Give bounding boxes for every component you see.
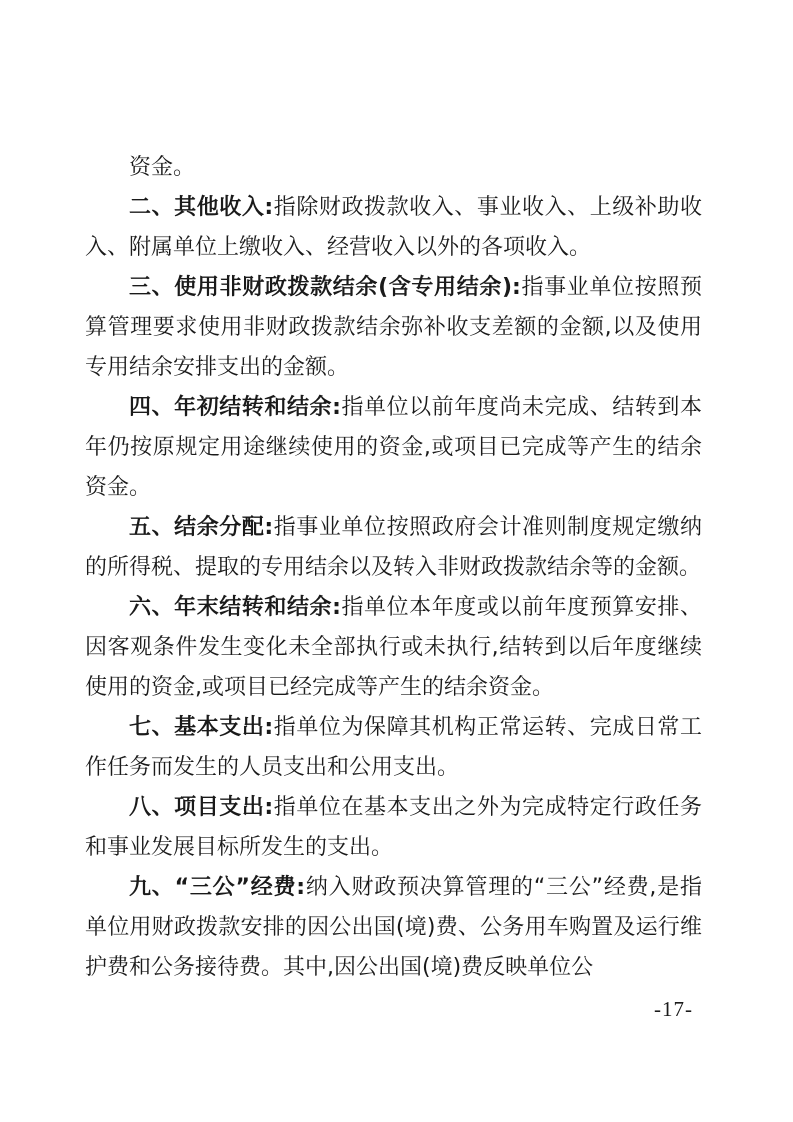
paragraph-term-5-balance-distribution: 五、结余分配:指事业单位按照政府会计准则制度规定缴纳的所得税、提取的专用结余以及… — [85, 508, 702, 588]
paragraph-prev-page-tail: 资金。 — [85, 148, 702, 188]
paragraph-term-7-basic-expenditure: 七、基本支出:指单位为保障其机构正常运转、完成日常工作任务而发生的人员支出和公用… — [85, 708, 702, 788]
term-label: 二、其他收入: — [129, 195, 273, 220]
document-body: 资金。 二、其他收入:指除财政拨款收入、事业收入、上级补助收入、附属单位上缴收入… — [85, 148, 702, 988]
paragraph-term-4-year-begin-carryover: 四、年初结转和结余:指单位以前年度尚未完成、结转到本年仍按原规定用途继续使用的资… — [85, 388, 702, 508]
term-label: 六、年末结转和结余: — [129, 595, 341, 620]
term-label: 五、结余分配: — [129, 515, 273, 540]
paragraph-term-6-year-end-carryover: 六、年末结转和结余:指单位本年度或以前年度预算安排、因客观条件发生变化未全部执行… — [85, 588, 702, 708]
paragraph-term-8-project-expenditure: 八、项目支出:指单位在基本支出之外为完成特定行政任务和事业发展目标所发生的支出。 — [85, 788, 702, 868]
term-label: 八、项目支出: — [129, 795, 273, 820]
term-label: 九、“三公”经费: — [129, 875, 305, 900]
document-page: 资金。 二、其他收入:指除财政拨款收入、事业收入、上级补助收入、附属单位上缴收入… — [0, 0, 793, 1122]
paragraph-term-2-other-income: 二、其他收入:指除财政拨款收入、事业收入、上级补助收入、附属单位上缴收入、经营收… — [85, 188, 702, 268]
term-label: 四、年初结转和结余: — [129, 395, 341, 420]
term-label: 七、基本支出: — [129, 715, 273, 740]
paragraph-term-9-three-public-funds: 九、“三公”经费:纳入财政预决算管理的“三公”经费,是指单位用财政拨款安排的因公… — [85, 868, 702, 988]
paragraph-term-3-non-fiscal-balance-use: 三、使用非财政拨款结余(含专用结余):指事业单位按照预算管理要求使用非财政拨款结… — [85, 268, 702, 388]
term-definition: 资金。 — [129, 155, 195, 180]
term-label: 三、使用非财政拨款结余(含专用结余): — [129, 275, 521, 300]
page-number: -17- — [654, 997, 693, 1022]
